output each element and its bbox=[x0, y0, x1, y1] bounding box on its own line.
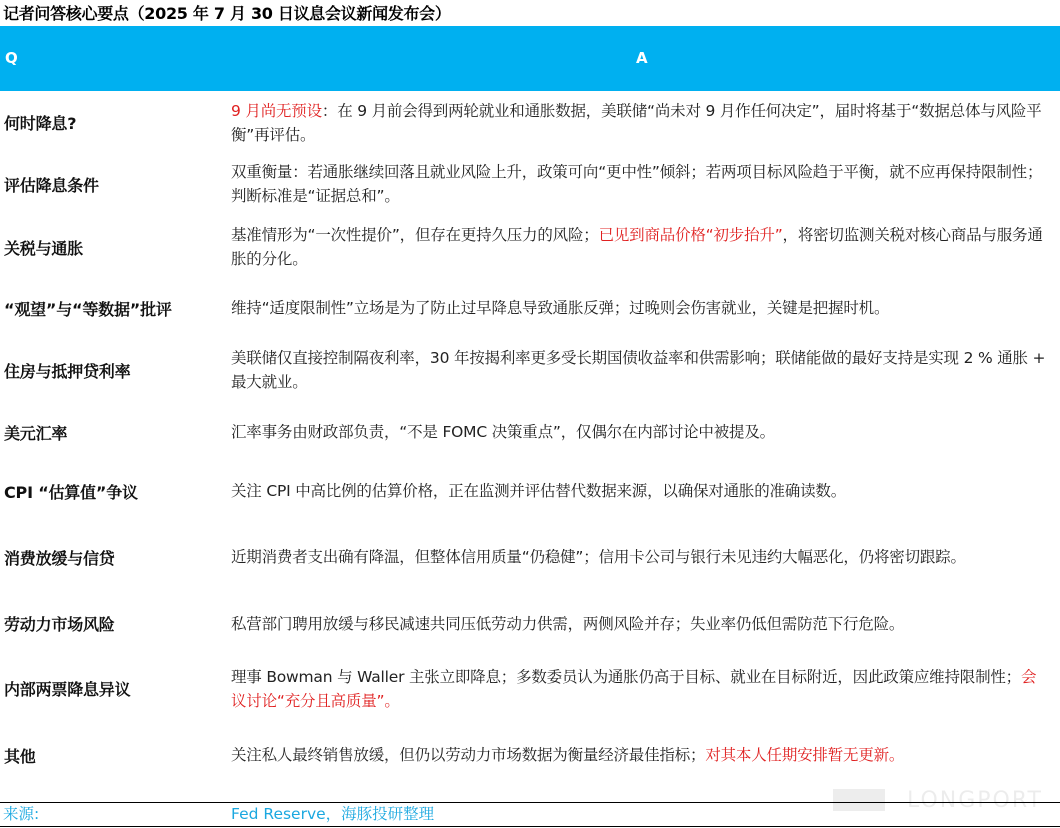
answer-cell: 基准情形为“一次性提价”，但存在更持久压力的风险；已见到商品价格“初步抬升”，将… bbox=[231, 214, 1051, 280]
question-cell: 劳动力市场风险 bbox=[4, 592, 115, 655]
answer-cell: 理事 Bowman 与 Waller 主张立即降息；多数委员认为通胀仍高于目标、… bbox=[231, 655, 1051, 722]
header-a: A bbox=[636, 26, 648, 91]
answer-segment: 关注 CPI 中高比例的估算价格，正在监测并评估替代数据来源，以确保对通胀的准确… bbox=[231, 482, 846, 500]
header-q: Q bbox=[5, 26, 18, 91]
answer-text: 9 月尚无预设：在 9 月前会得到两轮就业和通胀数据，美联储“尚未对 9 月作任… bbox=[231, 99, 1051, 147]
answer-cell: 双重衡量：若通胀继续回落且就业风险上升，政策可向“更中性”倾斜；若两项目标风险趋… bbox=[231, 154, 1051, 214]
answer-cell: 汇率事务由财政部负责，“不是 FOMC 决策重点”，仅偶尔在内部讨论中被提及。 bbox=[231, 404, 1051, 460]
question-cell: 评估降息条件 bbox=[4, 154, 99, 214]
answer-text: 基准情形为“一次性提价”，但存在更持久压力的风险；已见到商品价格“初步抬升”，将… bbox=[231, 223, 1051, 271]
highlight-text: 9 月尚无预设 bbox=[231, 102, 322, 120]
answer-text: 近期消费者支出确有降温，但整体信用质量“仍稳健”；信用卡公司与银行未见违约大幅恶… bbox=[231, 545, 966, 569]
question-cell: 其他 bbox=[4, 722, 36, 788]
table-row: 关税与通胀基准情形为“一次性提价”，但存在更持久压力的风险；已见到商品价格“初步… bbox=[0, 214, 1060, 280]
answer-segment: 关注私人最终销售放缓，但仍以劳动力市场数据为衡量经济最佳指标； bbox=[231, 746, 705, 764]
table-header: Q A bbox=[0, 26, 1060, 91]
question-cell: 美元汇率 bbox=[4, 404, 67, 460]
highlight-text: 已见到商品价格“初步抬升” bbox=[599, 226, 783, 244]
answer-text: 维持“适度限制性”立场是为了防止过早降息导致通胀反弹；过晚则会伤害就业，关键是把… bbox=[231, 296, 889, 320]
table-row: 消费放缓与信贷近期消费者支出确有降温，但整体信用质量“仍稳健”；信用卡公司与银行… bbox=[0, 522, 1060, 592]
answer-text: 私营部门聘用放缓与移民减速共同压低劳动力供需，两侧风险并存；失业率仍低但需防范下… bbox=[231, 612, 904, 636]
table-row: “观望”与“等数据”批评维持“适度限制性”立场是为了防止过早降息导致通胀反弹；过… bbox=[0, 280, 1060, 336]
question-cell: 内部两票降息异议 bbox=[4, 655, 130, 722]
answer-text: 美联储仅直接控制隔夜利率，30 年按揭利率更多受长期国债收益率和供需影响；联储能… bbox=[231, 346, 1051, 394]
answer-segment: 维持“适度限制性”立场是为了防止过早降息导致通胀反弹；过晚则会伤害就业，关键是把… bbox=[231, 299, 889, 317]
answer-segment: ：在 9 月前会得到两轮就业和通胀数据，美联储“尚未对 9 月作任何决定”，届时… bbox=[231, 102, 1042, 144]
answer-segment: 汇率事务由财政部负责，“不是 FOMC 决策重点”，仅偶尔在内部讨论中被提及。 bbox=[231, 423, 775, 441]
table-row: 内部两票降息异议理事 Bowman 与 Waller 主张立即降息；多数委员认为… bbox=[0, 655, 1060, 722]
page-title: 记者问答核心要点（2025 年 7 月 30 日议息会议新闻发布会） bbox=[3, 2, 451, 26]
source-footer: 来源: Fed Reserve，海豚投研整理 bbox=[0, 802, 1060, 827]
table-row: 住房与抵押贷利率美联储仅直接控制隔夜利率，30 年按揭利率更多受长期国债收益率和… bbox=[0, 336, 1060, 404]
answer-segment: 双重衡量：若通胀继续回落且就业风险上升，政策可向“更中性”倾斜；若两项目标风险趋… bbox=[231, 163, 1042, 205]
source-label: 来源: bbox=[3, 803, 39, 826]
answer-cell: 9 月尚无预设：在 9 月前会得到两轮就业和通胀数据，美联储“尚未对 9 月作任… bbox=[231, 91, 1051, 154]
answer-segment: 私营部门聘用放缓与移民减速共同压低劳动力供需，两侧风险并存；失业率仍低但需防范下… bbox=[231, 615, 904, 633]
answer-text: 汇率事务由财政部负责，“不是 FOMC 决策重点”，仅偶尔在内部讨论中被提及。 bbox=[231, 420, 775, 444]
answer-cell: 维持“适度限制性”立场是为了防止过早降息导致通胀反弹；过晚则会伤害就业，关键是把… bbox=[231, 280, 1051, 336]
question-cell: “观望”与“等数据”批评 bbox=[4, 280, 172, 336]
answer-text: 关注私人最终销售放缓，但仍以劳动力市场数据为衡量经济最佳指标；对其本人任期安排暂… bbox=[231, 743, 904, 767]
answer-segment: 美联储仅直接控制隔夜利率，30 年按揭利率更多受长期国债收益率和供需影响；联储能… bbox=[231, 349, 1045, 391]
answer-text: 双重衡量：若通胀继续回落且就业风险上升，政策可向“更中性”倾斜；若两项目标风险趋… bbox=[231, 160, 1051, 208]
source-value: Fed Reserve，海豚投研整理 bbox=[231, 803, 434, 826]
question-cell: 何时降息? bbox=[4, 91, 76, 154]
question-cell: 关税与通胀 bbox=[4, 214, 83, 280]
question-cell: 住房与抵押贷利率 bbox=[4, 336, 130, 404]
question-cell: CPI “估算值”争议 bbox=[4, 460, 138, 522]
answer-segment: 基准情形为“一次性提价”，但存在更持久压力的风险； bbox=[231, 226, 599, 244]
answer-cell: 美联储仅直接控制隔夜利率，30 年按揭利率更多受长期国债收益率和供需影响；联储能… bbox=[231, 336, 1051, 404]
qa-table-body: 何时降息?9 月尚无预设：在 9 月前会得到两轮就业和通胀数据，美联储“尚未对 … bbox=[0, 91, 1060, 788]
table-row: 评估降息条件双重衡量：若通胀继续回落且就业风险上升，政策可向“更中性”倾斜；若两… bbox=[0, 154, 1060, 214]
highlight-text: 对其本人任期安排暂无更新。 bbox=[705, 746, 904, 764]
table-row: 劳动力市场风险私营部门聘用放缓与移民减速共同压低劳动力供需，两侧风险并存；失业率… bbox=[0, 592, 1060, 655]
answer-text: 关注 CPI 中高比例的估算价格，正在监测并评估替代数据来源，以确保对通胀的准确… bbox=[231, 479, 846, 503]
answer-cell: 私营部门聘用放缓与移民减速共同压低劳动力供需，两侧风险并存；失业率仍低但需防范下… bbox=[231, 592, 1051, 655]
table-row: 何时降息?9 月尚无预设：在 9 月前会得到两轮就业和通胀数据，美联储“尚未对 … bbox=[0, 91, 1060, 154]
answer-segment: 理事 Bowman 与 Waller 主张立即降息；多数委员认为通胀仍高于目标、… bbox=[231, 668, 1021, 686]
answer-segment: 近期消费者支出确有降温，但整体信用质量“仍稳健”；信用卡公司与银行未见违约大幅恶… bbox=[231, 548, 966, 566]
table-row: 美元汇率汇率事务由财政部负责，“不是 FOMC 决策重点”，仅偶尔在内部讨论中被… bbox=[0, 404, 1060, 460]
answer-text: 理事 Bowman 与 Waller 主张立即降息；多数委员认为通胀仍高于目标、… bbox=[231, 665, 1051, 713]
answer-cell: 关注 CPI 中高比例的估算价格，正在监测并评估替代数据来源，以确保对通胀的准确… bbox=[231, 460, 1051, 522]
table-row: CPI “估算值”争议关注 CPI 中高比例的估算价格，正在监测并评估替代数据来… bbox=[0, 460, 1060, 522]
answer-cell: 近期消费者支出确有降温，但整体信用质量“仍稳健”；信用卡公司与银行未见违约大幅恶… bbox=[231, 522, 1051, 592]
question-cell: 消费放缓与信贷 bbox=[4, 522, 115, 592]
table-row: 其他关注私人最终销售放缓，但仍以劳动力市场数据为衡量经济最佳指标；对其本人任期安… bbox=[0, 722, 1060, 788]
answer-cell: 关注私人最终销售放缓，但仍以劳动力市场数据为衡量经济最佳指标；对其本人任期安排暂… bbox=[231, 722, 1051, 788]
